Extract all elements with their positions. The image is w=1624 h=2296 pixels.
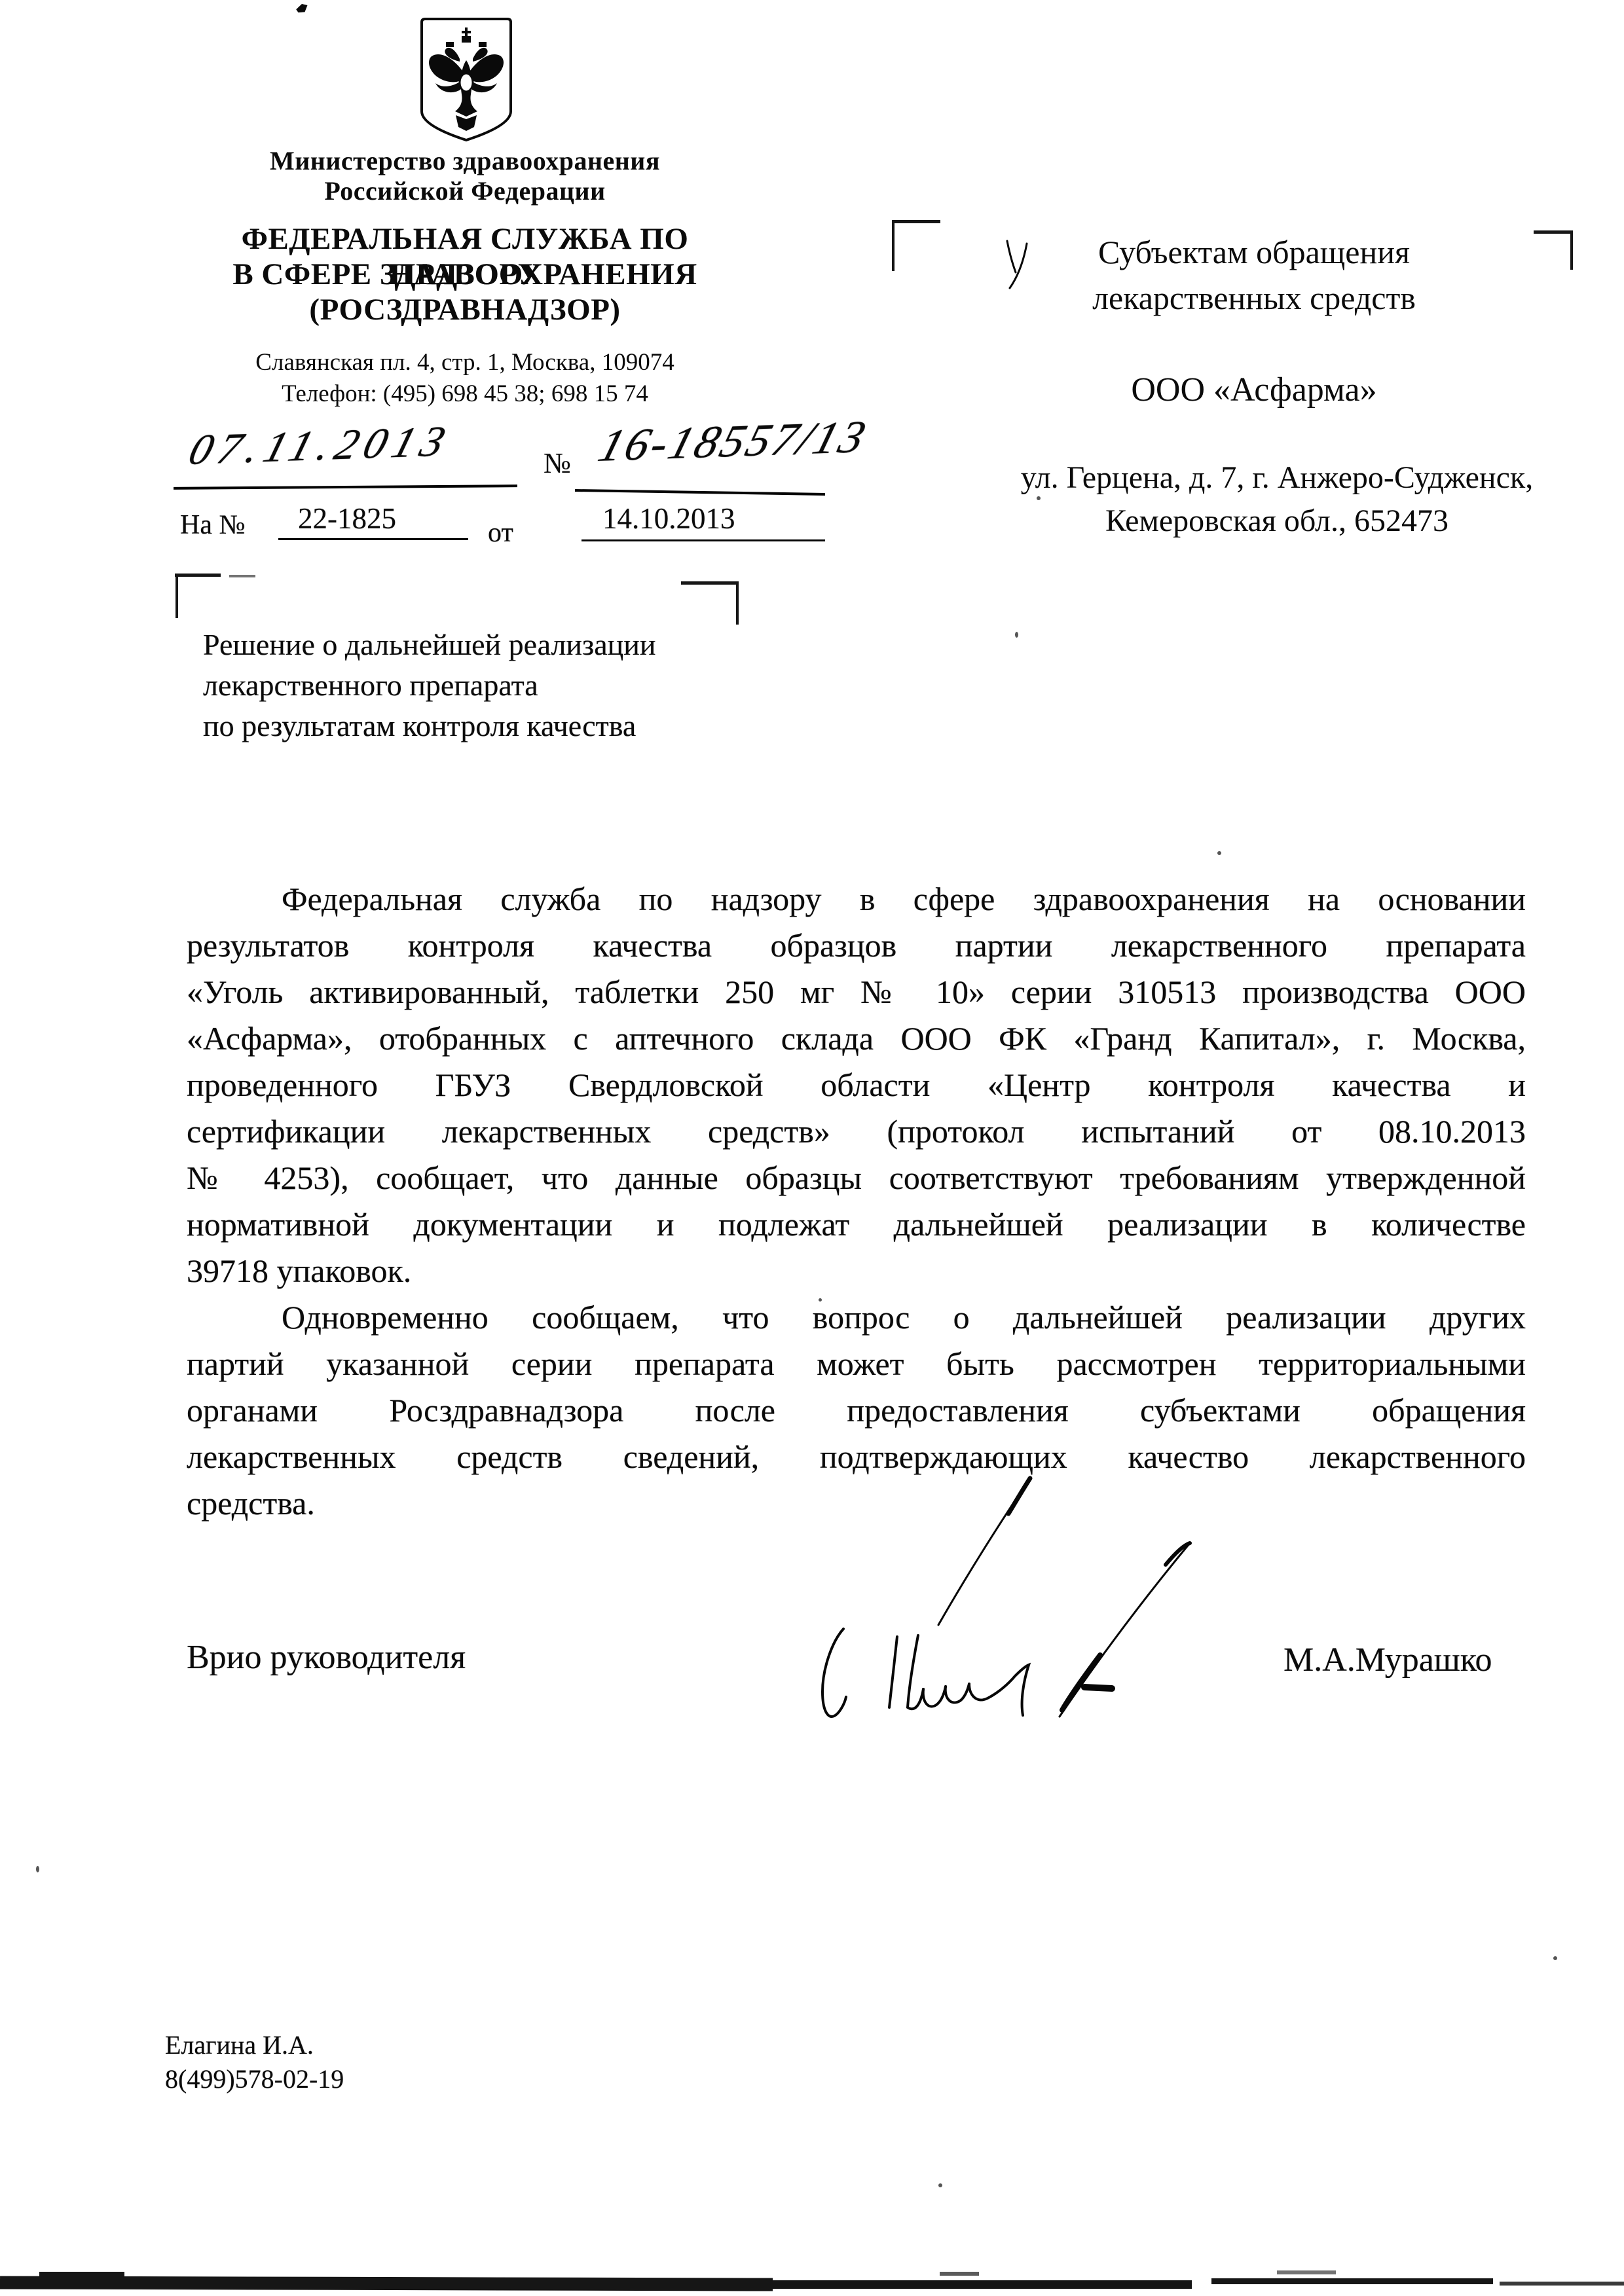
number-sign: № [544, 446, 571, 480]
signer-name: М.А.Мурашко [1283, 1641, 1492, 1679]
reply-date-underline [581, 539, 825, 541]
reply-date: 14.10.2013 [602, 501, 735, 536]
body-text: Федеральная служба по надзору в сфере зд… [187, 876, 1526, 1527]
executor-phone: 8(499)578-02-19 [165, 2064, 344, 2094]
recipient-line2: лекарственных средств [907, 279, 1601, 317]
corner-mark-subject-top-left-v [175, 574, 178, 618]
subject-line2: лекарственного препарата [203, 668, 538, 702]
reply-number-underline [278, 538, 468, 540]
recipient-company: ООО «Асфарма» [907, 371, 1601, 409]
letterhead-phone: Телефон: (495) 698 45 38; 698 15 74 [180, 380, 750, 408]
body-line: органами Росздравнадзора после предостав… [187, 1387, 1526, 1434]
outgoing-number-handwritten: 16-18557/13 [593, 411, 874, 473]
body-line: № 4253), сообщает, что данные образцы со… [187, 1155, 1526, 1201]
body-line: нормативной документации и подлежат даль… [187, 1201, 1526, 1248]
handwritten-signature-icon [812, 1473, 1205, 1728]
ministry-name-line1: Министерство здравоохранения [180, 145, 750, 176]
corner-mark-subject-top-right-h [681, 581, 739, 585]
body-line: сертификации лекарственных средств» (про… [187, 1108, 1526, 1155]
corner-mark-subject-top-right-v [736, 581, 739, 625]
signer-position: Врио руководителя [187, 1638, 466, 1677]
body-line: Федеральная служба по надзору в сфере зд… [187, 876, 1526, 922]
letterhead-address: Славянская пл. 4, стр. 1, Москва, 109074 [180, 348, 750, 376]
reply-from-label: от [488, 517, 513, 549]
subject-line3: по результатам контроля качества [203, 708, 636, 743]
recipient-address-line1: ул. Герцена, д. 7, г. Анжеро-Судженск, [930, 460, 1624, 496]
number-underline [575, 489, 825, 496]
recipient-line1: Субъектам обращения [907, 233, 1601, 271]
scan-artifact-mark [295, 3, 308, 13]
body-line: «Уголь активированный, таблетки 250 мг №… [187, 969, 1526, 1015]
subject-line1: Решение о дальнейшей реализации [203, 627, 655, 662]
outgoing-date-handwritten: 07.11.2013 [183, 416, 457, 475]
scan-speck [938, 2183, 942, 2187]
executor-name: Елагина И.А. [165, 2030, 314, 2060]
scanned-letter-page: Министерство здравоохранения Российской … [0, 0, 1624, 2296]
body-line: партий указанной серии препарата может б… [187, 1341, 1526, 1387]
scan-speck [1015, 632, 1018, 638]
russia-coat-of-arms-icon [414, 16, 519, 144]
scan-speck [1553, 1956, 1557, 1960]
scan-speck [1217, 851, 1221, 855]
body-line: «Асфарма», отобранных с аптечного склада… [187, 1015, 1526, 1062]
corner-mark-subject-top-left-h2 [229, 575, 255, 577]
body-line: результатов контроля качества образцов п… [187, 922, 1526, 969]
corner-mark-recipient-top-left-h [892, 220, 940, 223]
scan-speck [1037, 496, 1041, 500]
service-name-line3: (РОСЗДРАВНАДЗОР) [180, 292, 750, 327]
date-underline [174, 484, 517, 490]
recipient-address-line2: Кемеровская обл., 652473 [930, 503, 1624, 539]
scan-speck [36, 1866, 39, 1872]
scan-speck [819, 1298, 822, 1302]
body-line: проведенного ГБУЗ Свердловской области «… [187, 1062, 1526, 1108]
corner-mark-subject-top-left-h [175, 574, 221, 577]
reply-number: 22-1825 [298, 501, 396, 536]
corner-mark-recipient-top-left-v [892, 220, 895, 271]
reply-prefix: На № [180, 509, 246, 541]
ministry-name-line2: Российской Федерации [180, 175, 750, 206]
service-name-line2: В СФЕРЕ ЗДРАВООХРАНЕНИЯ [180, 257, 750, 292]
body-line: Одновременно сообщаем, что вопрос о даль… [187, 1294, 1526, 1341]
